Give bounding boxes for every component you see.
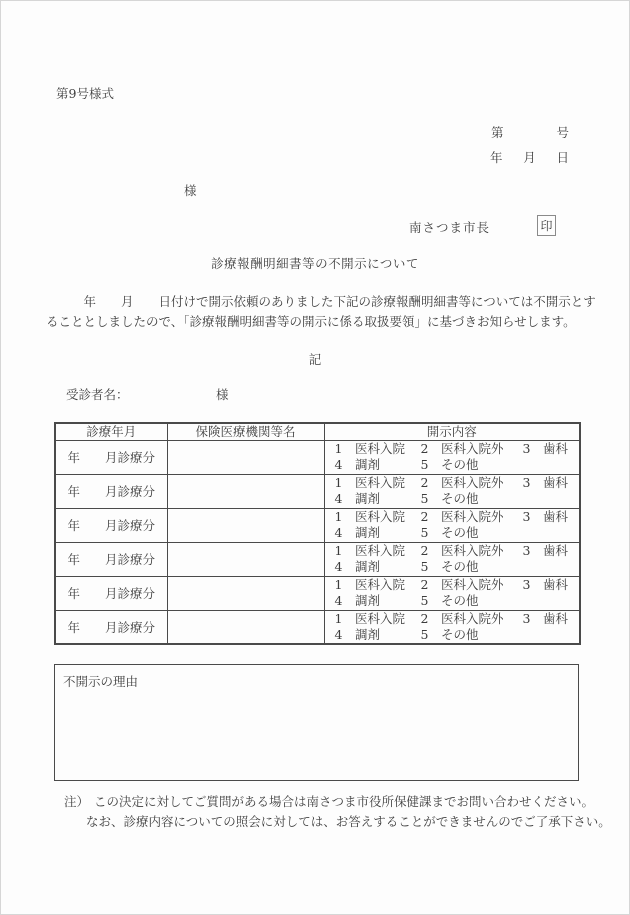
institution-cell	[167, 542, 324, 576]
option-other: 5 その他	[421, 491, 523, 507]
option-dispensing: 4 調剤	[335, 491, 421, 507]
option-medical-inpatient: 1 医科入院	[335, 577, 421, 593]
table-row: 年 月診療分 1 医科入院 2 医科入院外 3 歯科 4 調剤 5 その他	[55, 610, 580, 644]
date-month-label: 月	[523, 148, 536, 166]
form-number: 第9号様式	[56, 84, 114, 102]
period-cell: 年 月診療分	[55, 474, 167, 508]
options-line-1: 1 医科入院 2 医科入院外 3 歯科	[335, 475, 580, 491]
option-dispensing: 4 調剤	[335, 627, 421, 643]
table-row: 年 月診療分 1 医科入院 2 医科入院外 3 歯科 4 調剤 5 その他	[55, 440, 580, 474]
option-dental: 3 歯科	[523, 577, 568, 593]
table-row: 年 月診療分 1 医科入院 2 医科入院外 3 歯科 4 調剤 5 その他	[55, 542, 580, 576]
period-cell: 年 月診療分	[55, 610, 167, 644]
option-dispensing: 4 調剤	[335, 525, 421, 541]
date-line: 年 月 日	[490, 148, 569, 166]
body-paragraph: 年 月 日付けで開示依頼のありました下記の診療報酬明細書等については不開示とす …	[46, 292, 586, 332]
option-medical-inpatient: 1 医科入院	[335, 611, 421, 627]
option-other: 5 その他	[421, 627, 523, 643]
institution-cell	[167, 474, 324, 508]
option-dispensing: 4 調剤	[335, 457, 421, 473]
options-line-1: 1 医科入院 2 医科入院外 3 歯科	[335, 509, 580, 525]
note-line-2: なお、診療内容についての照会に対しては、お答えすることができませんのでご了承下さ…	[86, 812, 611, 830]
options-line-2: 4 調剤 5 その他	[335, 457, 580, 473]
date-day-label: 日	[556, 148, 569, 166]
institution-cell	[167, 610, 324, 644]
table-header-row: 診療年月 保険医療機関等名 開示内容	[55, 423, 580, 440]
institution-cell	[167, 576, 324, 610]
disclosure-options-cell: 1 医科入院 2 医科入院外 3 歯科 4 調剤 5 その他	[324, 474, 580, 508]
option-dental: 3 歯科	[523, 543, 568, 559]
addressee-honorific: 様	[184, 181, 197, 199]
options-line-2: 4 調剤 5 その他	[335, 491, 580, 507]
period-cell: 年 月診療分	[55, 508, 167, 542]
option-medical-outpatient: 2 医科入院外	[421, 441, 523, 457]
table-row: 年 月診療分 1 医科入院 2 医科入院外 3 歯科 4 調剤 5 その他	[55, 576, 580, 610]
disclosure-options-cell: 1 医科入院 2 医科入院外 3 歯科 4 調剤 5 その他	[324, 508, 580, 542]
options-line-1: 1 医科入院 2 医科入院外 3 歯科	[335, 543, 580, 559]
options-line-2: 4 調剤 5 その他	[335, 593, 580, 609]
option-other: 5 その他	[421, 559, 523, 575]
options-line-1: 1 医科入院 2 医科入院外 3 歯科	[335, 611, 580, 627]
option-medical-outpatient: 2 医科入院外	[421, 611, 523, 627]
section-marker: 記	[1, 350, 629, 368]
period-cell: 年 月診療分	[55, 576, 167, 610]
option-medical-outpatient: 2 医科入院外	[421, 577, 523, 593]
note-text-1: この決定に対してご質問がある場合は南さつま市役所保健課までお問い合わせください。	[94, 794, 594, 809]
options-line-1: 1 医科入院 2 医科入院外 3 歯科	[335, 577, 580, 593]
option-other: 5 その他	[421, 457, 523, 473]
option-medical-inpatient: 1 医科入院	[335, 441, 421, 457]
option-medical-outpatient: 2 医科入院外	[421, 543, 523, 559]
document-number-line: 第 号	[491, 123, 569, 141]
disclosure-options-cell: 1 医科入院 2 医科入院外 3 歯科 4 調剤 5 その他	[324, 576, 580, 610]
institution-cell	[167, 508, 324, 542]
disclosure-table: 診療年月 保険医療機関等名 開示内容 年 月診療分 1 医科入院 2 医科入院外…	[54, 422, 581, 645]
disclosure-options-cell: 1 医科入院 2 医科入院外 3 歯科 4 調剤 5 その他	[324, 542, 580, 576]
option-dental: 3 歯科	[523, 611, 568, 627]
table-row: 年 月診療分 1 医科入院 2 医科入院外 3 歯科 4 調剤 5 その他	[55, 474, 580, 508]
date-year-label: 年	[490, 148, 503, 166]
option-dental: 3 歯科	[523, 475, 568, 491]
seal-stamp: 印	[537, 215, 556, 236]
option-medical-outpatient: 2 医科入院外	[421, 475, 523, 491]
options-line-2: 4 調剤 5 その他	[335, 627, 580, 643]
body-line-1: 年 月 日付けで開示依頼のありました下記の診療報酬明細書等については不開示とす	[46, 292, 586, 312]
option-medical-inpatient: 1 医科入院	[335, 543, 421, 559]
body-line-2: ることとしましたので、「診療報酬明細書等の開示に係る取扱要領」に基づきお知らせし…	[46, 312, 586, 332]
table-row: 年 月診療分 1 医科入院 2 医科入院外 3 歯科 4 調剤 5 その他	[55, 508, 580, 542]
option-dental: 3 歯科	[523, 509, 568, 525]
header-treatment-period: 診療年月	[55, 423, 167, 440]
option-dispensing: 4 調剤	[335, 593, 421, 609]
option-dental: 3 歯科	[523, 441, 568, 457]
sender-name: 南さつま市長	[409, 218, 490, 236]
doc-number-suffix: 号	[556, 123, 569, 141]
disclosure-options-cell: 1 医科入院 2 医科入院外 3 歯科 4 調剤 5 その他	[324, 610, 580, 644]
period-cell: 年 月診療分	[55, 440, 167, 474]
note-label: 注）	[64, 794, 89, 809]
option-other: 5 その他	[421, 525, 523, 541]
disclosure-options-cell: 1 医科入院 2 医科入院外 3 歯科 4 調剤 5 その他	[324, 440, 580, 474]
note-line-1: 注）この決定に対してご質問がある場合は南さつま市役所保健課までお問い合わせくださ…	[64, 792, 594, 810]
recipient-honorific: 様	[216, 385, 229, 403]
option-other: 5 その他	[421, 593, 523, 609]
option-dispensing: 4 調剤	[335, 559, 421, 575]
header-disclosure-content: 開示内容	[324, 423, 580, 440]
option-medical-inpatient: 1 医科入院	[335, 475, 421, 491]
option-medical-inpatient: 1 医科入院	[335, 509, 421, 525]
recipient-name-label: 受診者名：	[66, 385, 129, 403]
period-cell: 年 月診療分	[55, 542, 167, 576]
options-line-2: 4 調剤 5 その他	[335, 559, 580, 575]
header-medical-institution: 保険医療機関等名	[167, 423, 324, 440]
options-line-2: 4 調剤 5 その他	[335, 525, 580, 541]
institution-cell	[167, 440, 324, 474]
document-page: 第9号様式 第 号 年 月 日 様 南さつま市長 印 診療報酬明細書等の不開示に…	[0, 0, 630, 915]
reason-box-label: 不開示の理由	[63, 672, 570, 690]
document-title: 診療報酬明細書等の不開示について	[1, 254, 629, 272]
options-line-1: 1 医科入院 2 医科入院外 3 歯科	[335, 441, 580, 457]
non-disclosure-reason-box: 不開示の理由	[54, 664, 579, 781]
option-medical-outpatient: 2 医科入院外	[421, 509, 523, 525]
doc-number-prefix: 第	[491, 123, 504, 141]
